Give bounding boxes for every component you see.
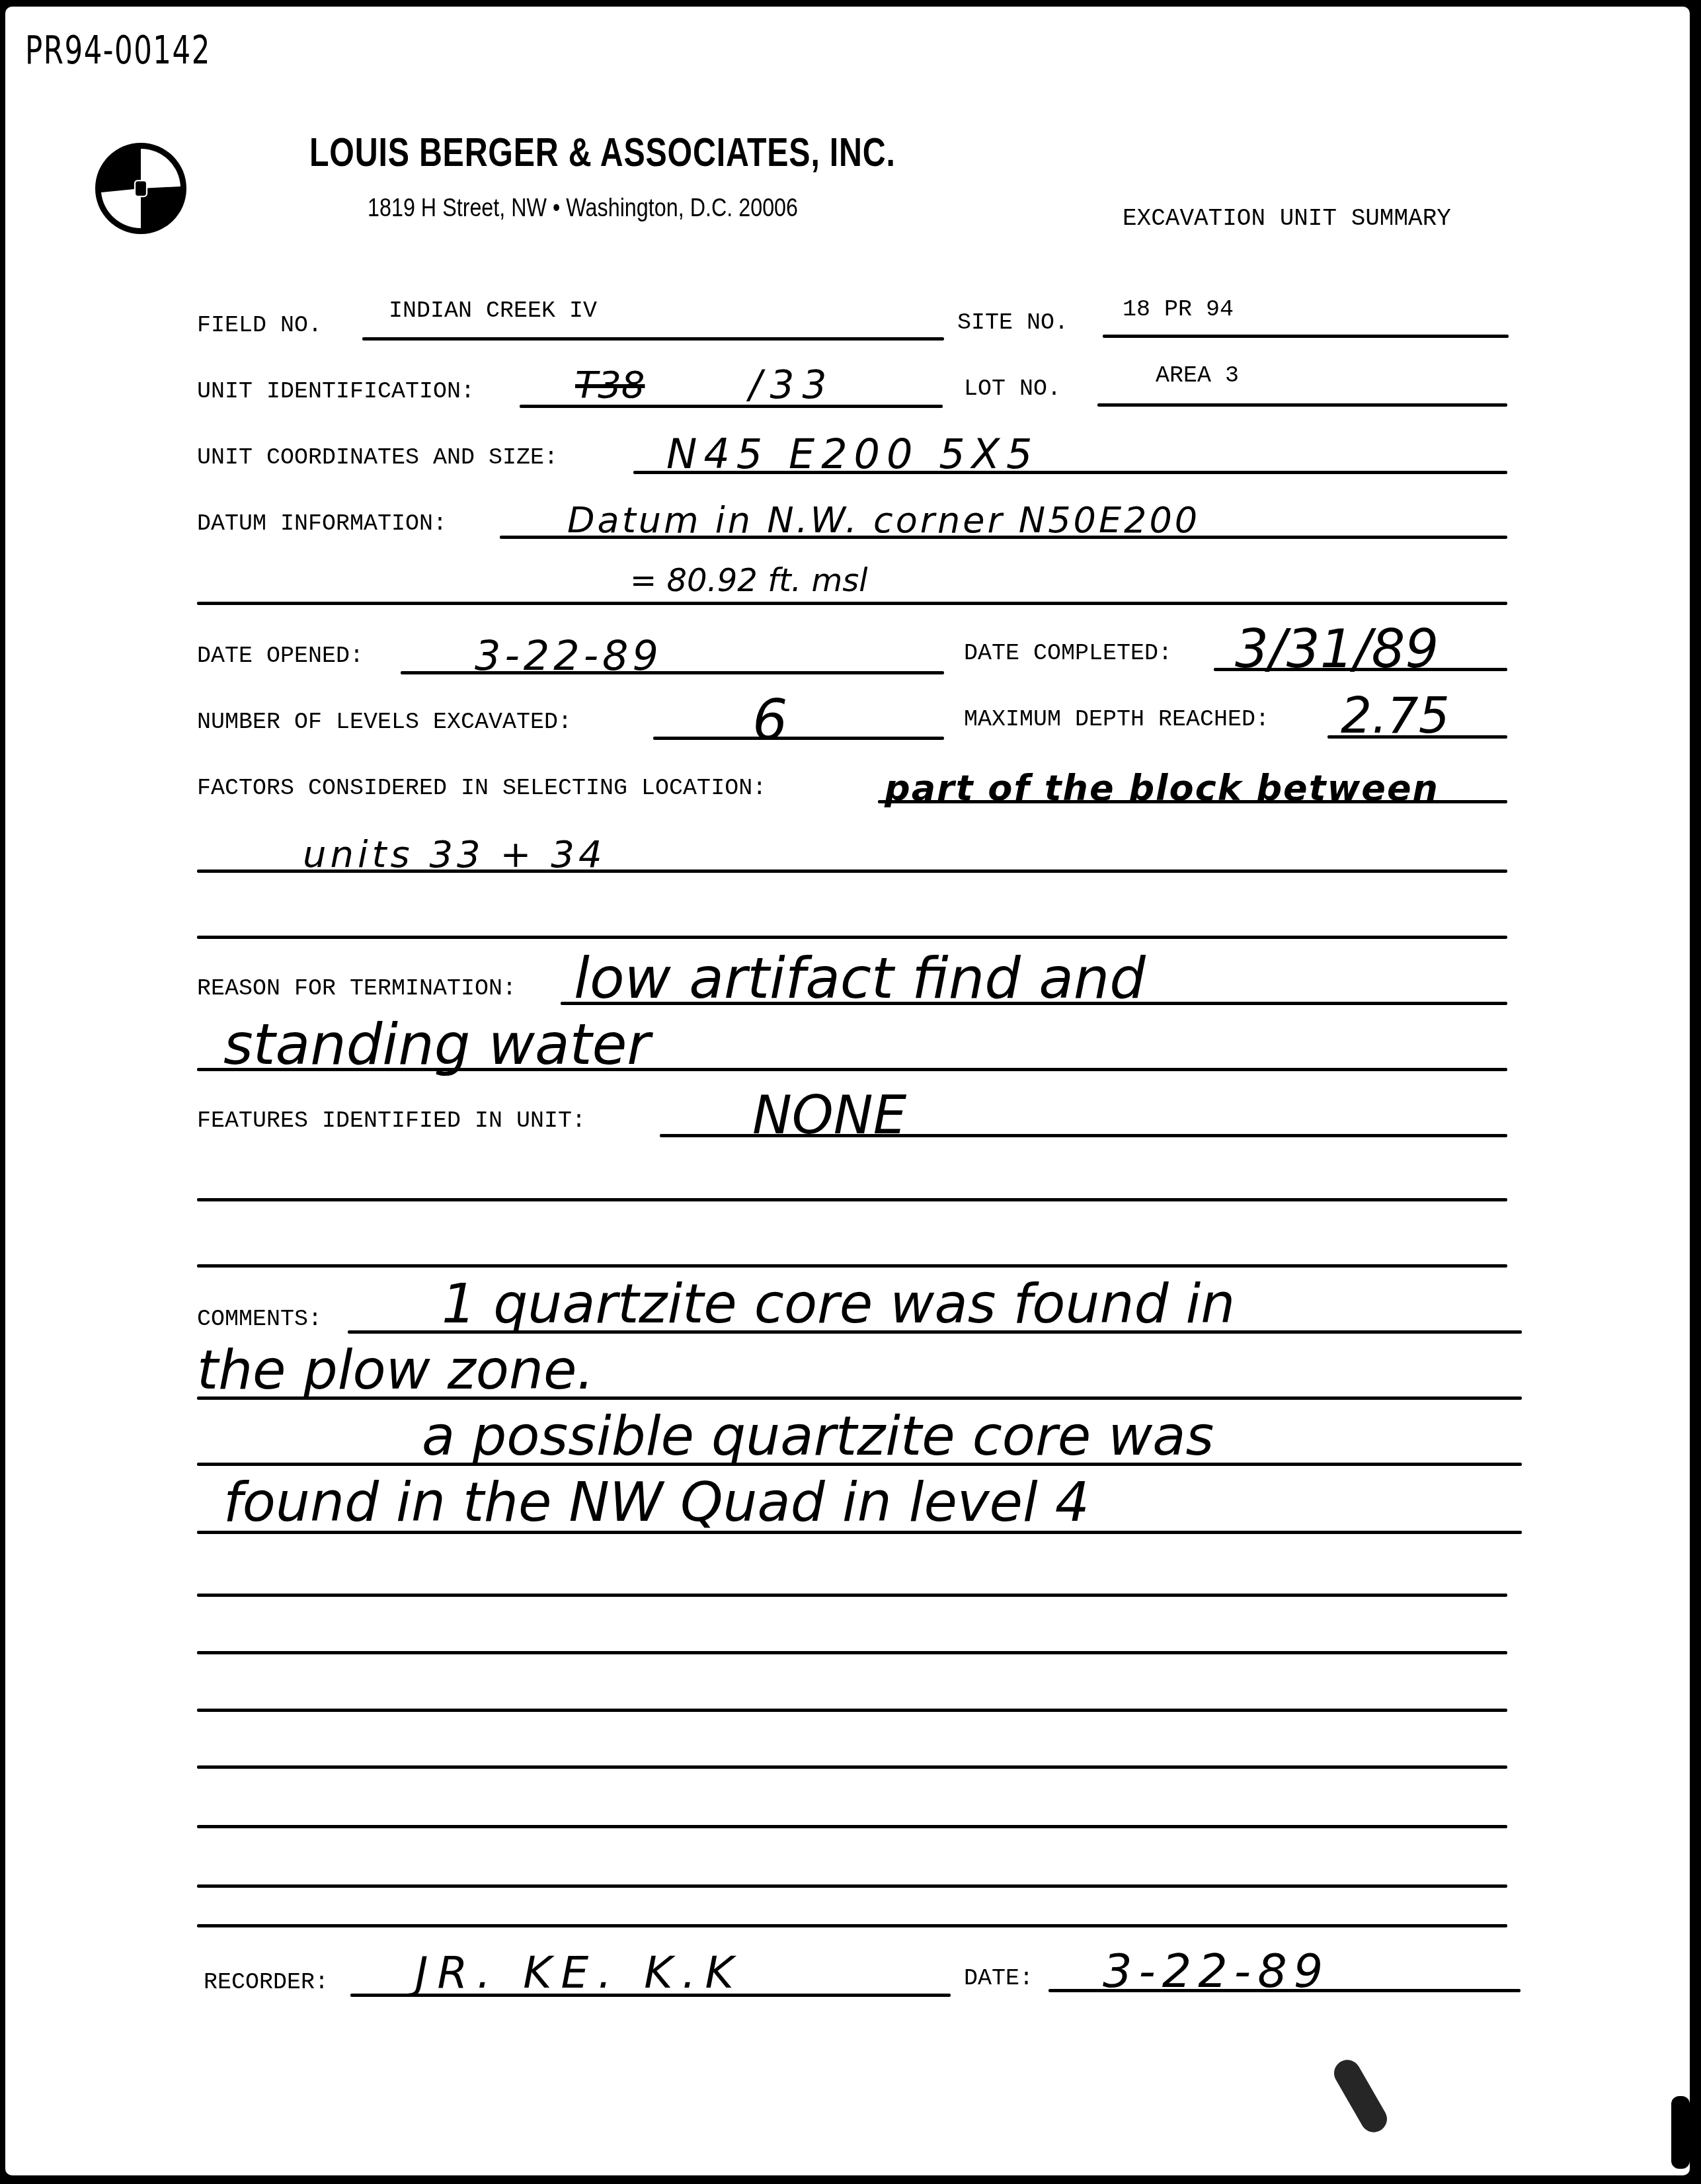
unit-identification-struck-value: T38	[575, 364, 645, 407]
comments-line4[interactable]: found in the NW Quad in level 4	[223, 1471, 1089, 1534]
levels-excavated-label: NUMBER OF LEVELS EXCAVATED:	[197, 709, 572, 735]
comments-line-8	[197, 1765, 1507, 1769]
datum-information-line1[interactable]: Datum in N.W. corner N50E200	[567, 499, 1200, 541]
factors-line-2	[197, 870, 1507, 873]
reason-line-2	[197, 1068, 1507, 1071]
company-name: LOUIS BERGER & ASSOCIATES, INC.	[309, 129, 896, 176]
unit-identification-value[interactable]: /33	[749, 362, 834, 407]
lot-no-line	[1097, 403, 1507, 407]
quartered-circle-logo-icon	[91, 139, 190, 238]
datum-information-label: DATUM INFORMATION:	[197, 510, 447, 537]
max-depth-line	[1327, 735, 1507, 739]
form-title: EXCAVATION UNIT SUMMARY	[1123, 205, 1451, 232]
date-completed-line	[1214, 668, 1507, 671]
comments-line-5	[197, 1594, 1507, 1597]
comments-line-3	[197, 1463, 1522, 1466]
levels-excavated-line	[653, 737, 944, 740]
scan-smudge-edge	[1671, 2096, 1690, 2169]
max-depth-label: MAXIMUM DEPTH REACHED:	[964, 706, 1269, 733]
recorder-value[interactable]: JR. KE. K.K	[415, 1947, 743, 1998]
comments-line3[interactable]: a possible quartzite core was	[422, 1405, 1214, 1468]
date-label: DATE:	[964, 1965, 1033, 1992]
comments-label: COMMENTS:	[197, 1306, 322, 1332]
field-no-label: FIELD NO.	[197, 312, 322, 339]
date-opened-line	[401, 671, 944, 674]
site-no-line	[1103, 335, 1509, 338]
unit-identification-line	[520, 405, 943, 408]
reason-line-1	[561, 1002, 1507, 1005]
comments-line-11	[197, 1924, 1507, 1927]
comments-line-10	[197, 1884, 1507, 1888]
reason-termination-label: REASON FOR TERMINATION:	[197, 975, 516, 1002]
date-completed-label: DATE COMPLETED:	[964, 640, 1172, 667]
comments-line-1	[348, 1330, 1522, 1334]
recorder-label: RECORDER:	[204, 1969, 329, 1996]
comments-line2[interactable]: the plow zone.	[197, 1339, 594, 1402]
scan-smudge	[1329, 2055, 1392, 2137]
recorder-line	[350, 1994, 951, 1997]
features-label: FEATURES IDENTIFIED IN UNIT:	[197, 1108, 586, 1134]
comments-line1[interactable]: 1 quartzite core was found in	[442, 1273, 1235, 1336]
factors-label: FACTORS CONSIDERED IN SELECTING LOCATION…	[197, 775, 766, 801]
features-line-3	[197, 1264, 1507, 1268]
comments-line-9	[197, 1825, 1507, 1828]
lot-no-value[interactable]: AREA 3	[1156, 362, 1239, 389]
levels-excavated-value[interactable]: 6	[752, 688, 787, 752]
datum-line-1	[500, 536, 1507, 539]
site-no-value[interactable]: 18 PR 94	[1123, 296, 1234, 323]
features-line-2	[197, 1198, 1507, 1201]
company-address: 1819 H Street, NW • Washington, D.C. 200…	[368, 194, 798, 223]
factors-line-3	[197, 936, 1507, 939]
datum-line-2	[197, 602, 1507, 605]
factors-line-1	[878, 800, 1507, 803]
field-no-value[interactable]: INDIAN CREEK IV	[389, 298, 597, 324]
document-id: PR94-00142	[25, 28, 211, 73]
datum-information-line2[interactable]: = 80.92 ft. msl	[630, 562, 867, 599]
comments-line-2	[197, 1396, 1522, 1400]
comments-line-6	[197, 1651, 1507, 1654]
comments-line-4	[197, 1531, 1522, 1534]
site-no-label: SITE NO.	[957, 309, 1068, 336]
date-opened-label: DATE OPENED:	[197, 643, 364, 669]
unit-identification-label: UNIT IDENTIFICATION:	[197, 378, 475, 405]
comments-line-7	[197, 1709, 1507, 1712]
lot-no-label: LOT NO.	[964, 376, 1061, 402]
unit-coordinates-line	[633, 471, 1507, 474]
field-no-line	[362, 337, 944, 341]
unit-coordinates-label: UNIT COORDINATES AND SIZE:	[197, 444, 558, 471]
date-line	[1048, 1989, 1521, 1992]
features-line-1	[660, 1134, 1507, 1137]
form-page: PR94-00142 LOUIS BERGER & ASSOCIATES, IN…	[5, 7, 1690, 2175]
